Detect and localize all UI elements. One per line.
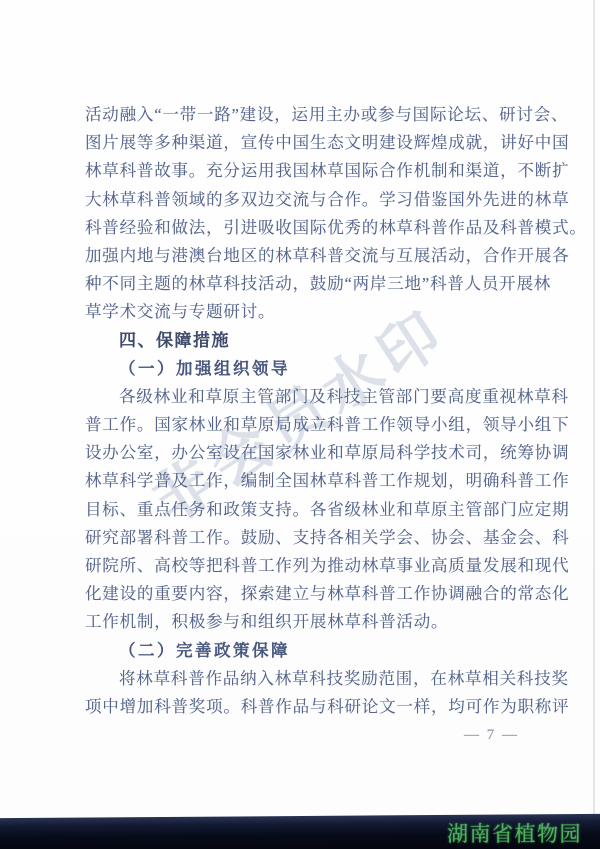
text-line: 研究部署科普工作。鼓励、支持各相关学会、协会、基金会、科 [85, 524, 535, 552]
subsection-heading: （二）完善政策保障 [85, 637, 535, 665]
subsection-heading: （一）加强组织领导 [85, 355, 535, 383]
text-line: 大林草科普领域的多双边交流与合作。学习借鉴国外先进的林草 [85, 186, 535, 214]
text-line: 设办公室，办公室设在国家林业和草原局科学技术司，统筹协调 [85, 439, 535, 467]
text-line: 活动融入“一带一路”建设，运用主办或参与国际论坛、研讨会、 [85, 101, 535, 129]
section-heading: 四、保障措施 [85, 327, 535, 355]
text-line: 种不同主题的林草科技活动，鼓励“两岸三地”科普人员开展林 [85, 270, 535, 298]
text-line: 将林草科普作品纳入林草科技奖励范围，在林草相关科技奖 [85, 665, 535, 693]
text-line: 目标、重点任务和政策支持。各省级林业和草原主管部门应定期 [85, 496, 535, 524]
page-number: — 7 — [85, 721, 535, 749]
text-line: 林草科普故事。充分运用我国林草国际合作机制和渠道，不断扩 [85, 157, 535, 185]
text-line: 普工作。国家林业和草原局成立科普工作领导小组，领导小组下 [85, 411, 535, 439]
text-line: 各级林业和草原主管部门及科技主管部门要高度重视林草科 [85, 383, 535, 411]
scanned-document-page: 非会员水印 活动融入“一带一路”建设，运用主办或参与国际论坛、研讨会、 图片展等… [0, 0, 600, 849]
overlay-site-watermark: 湖南省植物园 [447, 818, 582, 848]
scan-edge-artifact [593, 0, 595, 815]
text-line: 化建设的重要内容，探索建立与林草科普工作协调融合的常态化 [85, 580, 535, 608]
text-line: 草学术交流与专题研讨。 [85, 298, 535, 326]
text-line: 工作机制，积极参与和组织开展林草科普活动。 [85, 608, 535, 636]
text-line: 项中增加科普奖项。科普作品与科研论文一样，均可作为职称评 [85, 693, 535, 721]
text-line: 加强内地与港澳台地区的林草科普交流与互展活动，合作开展各 [85, 242, 535, 270]
text-line: 科普经验和做法，引进吸收国际优秀的林草科普作品及科普模式。 [85, 214, 535, 242]
text-line: 研院所、高校等把科普工作列为推动林草事业高质量发展和现代 [85, 552, 535, 580]
text-line: 图片展等多种渠道，宣传中国生态文明建设辉煌成就，讲好中国 [85, 129, 535, 157]
document-body: 活动融入“一带一路”建设，运用主办或参与国际论坛、研讨会、 图片展等多种渠道，宣… [85, 101, 535, 749]
text-line: 林草科学普及工作，编制全国林草科普工作规划，明确科普工作 [85, 467, 535, 495]
